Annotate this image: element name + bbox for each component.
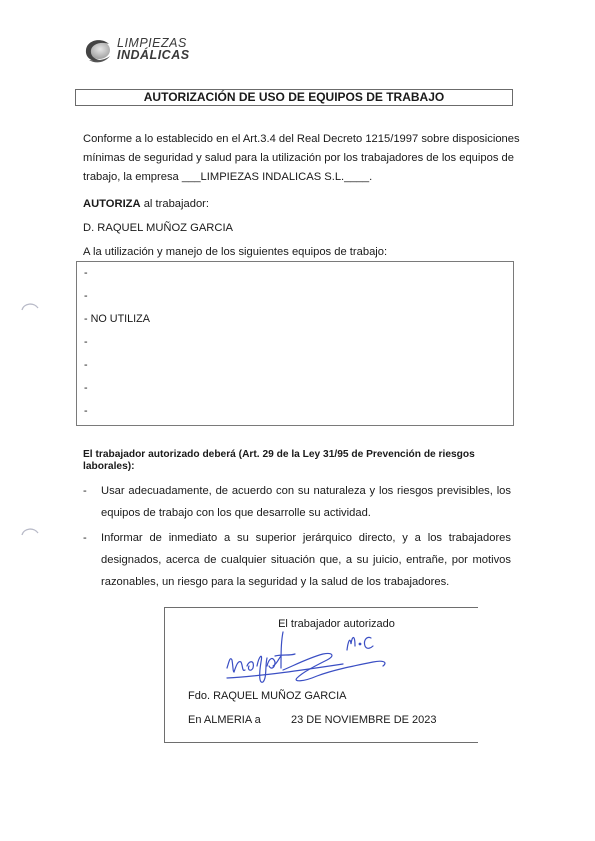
signature-block: El trabajador autorizado Fdo. RAQUEL MUÑ… — [164, 607, 478, 743]
equipment-item: - — [84, 405, 88, 417]
signed-by: Fdo. RAQUEL MUÑOZ GARCIA — [188, 690, 347, 702]
punch-hole-mark-icon — [19, 300, 41, 312]
company-logo-text: LIMPIEZAS INDÁLICAS — [117, 37, 190, 61]
obligations-heading: El trabajador autorizado deberá (Art. 29… — [83, 449, 503, 472]
equipment-list-box: - - - NO UTILIZA - - - - — [76, 261, 514, 426]
document-title: AUTORIZACIÓN DE USO DE EQUIPOS DE TRABAJ… — [75, 89, 513, 106]
intro-paragraph: Conforme a lo establecido en el Art.3.4 … — [83, 130, 523, 187]
handwritten-signature-icon — [223, 626, 398, 686]
equipment-item: - — [84, 359, 88, 371]
punch-hole-mark-icon — [19, 525, 41, 537]
company-logo-swirl-icon — [83, 38, 113, 64]
equipment-item: - — [84, 290, 88, 302]
logo-line-2: INDÁLICAS — [117, 49, 190, 61]
obligation-text: Informar de inmediato a su superior jerá… — [101, 527, 511, 593]
equipment-item: - — [84, 336, 88, 348]
equipment-intro: A la utilización y manejo de los siguien… — [83, 243, 387, 262]
obligation-item: - Informar de inmediato a su superior je… — [83, 527, 511, 593]
bullet-dash: - — [83, 527, 87, 549]
company-field: ___LIMPIEZAS INDALICAS S.L.____ — [182, 171, 369, 183]
equipment-item: - — [84, 267, 88, 279]
worker-name: D. RAQUEL MUÑOZ GARCIA — [83, 219, 233, 238]
signature-date: 23 DE NOVIEMBRE DE 2023 — [291, 714, 437, 726]
bullet-dash: - — [83, 480, 87, 502]
authorization-keyword: AUTORIZA — [83, 198, 141, 210]
obligation-text: Usar adecuadamente, de acuerdo con su na… — [101, 480, 511, 524]
authorization-rest: al trabajador: — [141, 198, 209, 210]
equipment-item: - NO UTILIZA — [84, 313, 150, 325]
obligation-item: - Usar adecuadamente, de acuerdo con su … — [83, 480, 511, 524]
equipment-item: - — [84, 382, 88, 394]
authorization-line: AUTORIZA al trabajador: — [83, 195, 209, 214]
intro-end: . — [369, 171, 372, 183]
company-logo: LIMPIEZAS INDÁLICAS — [83, 36, 243, 70]
signature-place: En ALMERIA a — [188, 714, 261, 726]
